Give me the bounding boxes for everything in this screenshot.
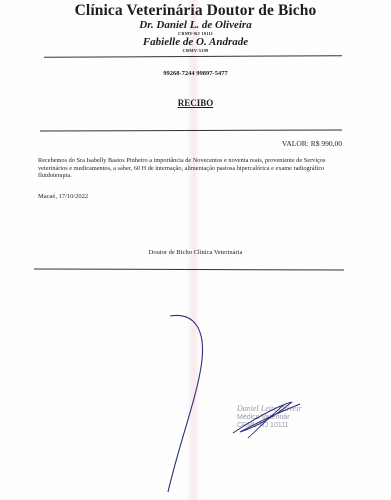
receipt-page: Clínica Veterinária Doutor de Bicho Dr. … [0,0,391,500]
handwritten-signature [0,0,391,500]
